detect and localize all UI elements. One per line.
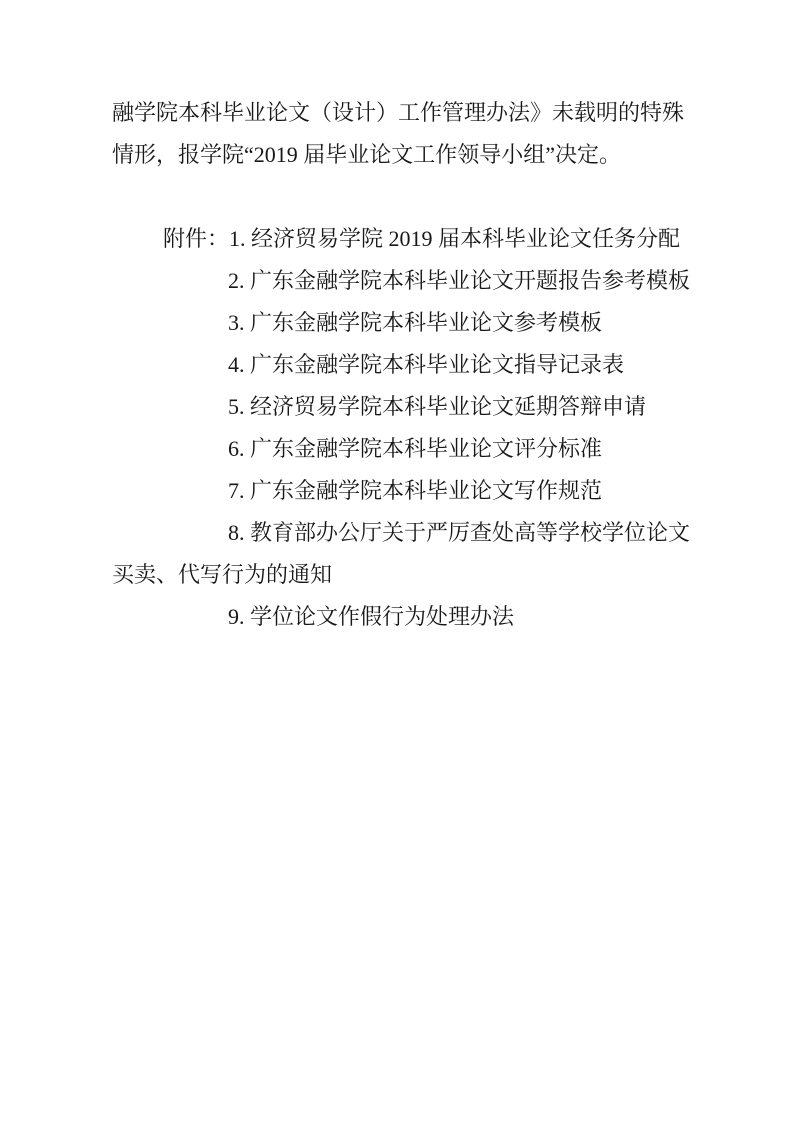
attachment-item-7: 7. 广东金融学院本科毕业论文写作规范 — [112, 470, 687, 512]
blank-line — [112, 176, 687, 218]
attachment-item-8-wrapped-line: 买卖、代写行为的通知 — [112, 554, 687, 596]
attachments-header-line: 附件：1. 经济贸易学院 2019 届本科毕业论文任务分配 — [112, 218, 687, 260]
document-page: 融学院本科毕业论文（设计）工作管理办法》未载明的特殊 情形，报学院“2019 届… — [0, 0, 793, 1122]
attachment-item-5: 5. 经济贸易学院本科毕业论文延期答辩申请 — [112, 386, 687, 428]
attachment-item-1: 1. 经济贸易学院 2019 届本科毕业论文任务分配 — [229, 226, 680, 251]
page-content: 融学院本科毕业论文（设计）工作管理办法》未载明的特殊 情形，报学院“2019 届… — [112, 92, 687, 638]
closing-paragraph-line-1: 融学院本科毕业论文（设计）工作管理办法》未载明的特殊 — [112, 92, 687, 134]
closing-paragraph-line-2: 情形，报学院“2019 届毕业论文工作领导小组”决定。 — [112, 134, 687, 176]
attachment-item-3: 3. 广东金融学院本科毕业论文参考模板 — [112, 302, 687, 344]
attachment-item-4: 4. 广东金融学院本科毕业论文指导记录表 — [112, 344, 687, 386]
attachment-item-9: 9. 学位论文作假行为处理办法 — [112, 596, 687, 638]
attachment-item-8: 8. 教育部办公厅关于严厉查处高等学校学位论文 — [112, 512, 687, 554]
attachment-item-6: 6. 广东金融学院本科毕业论文评分标准 — [112, 428, 687, 470]
attachment-item-2: 2. 广东金融学院本科毕业论文开题报告参考模板 — [112, 260, 687, 302]
attachments-label: 附件： — [163, 226, 229, 251]
